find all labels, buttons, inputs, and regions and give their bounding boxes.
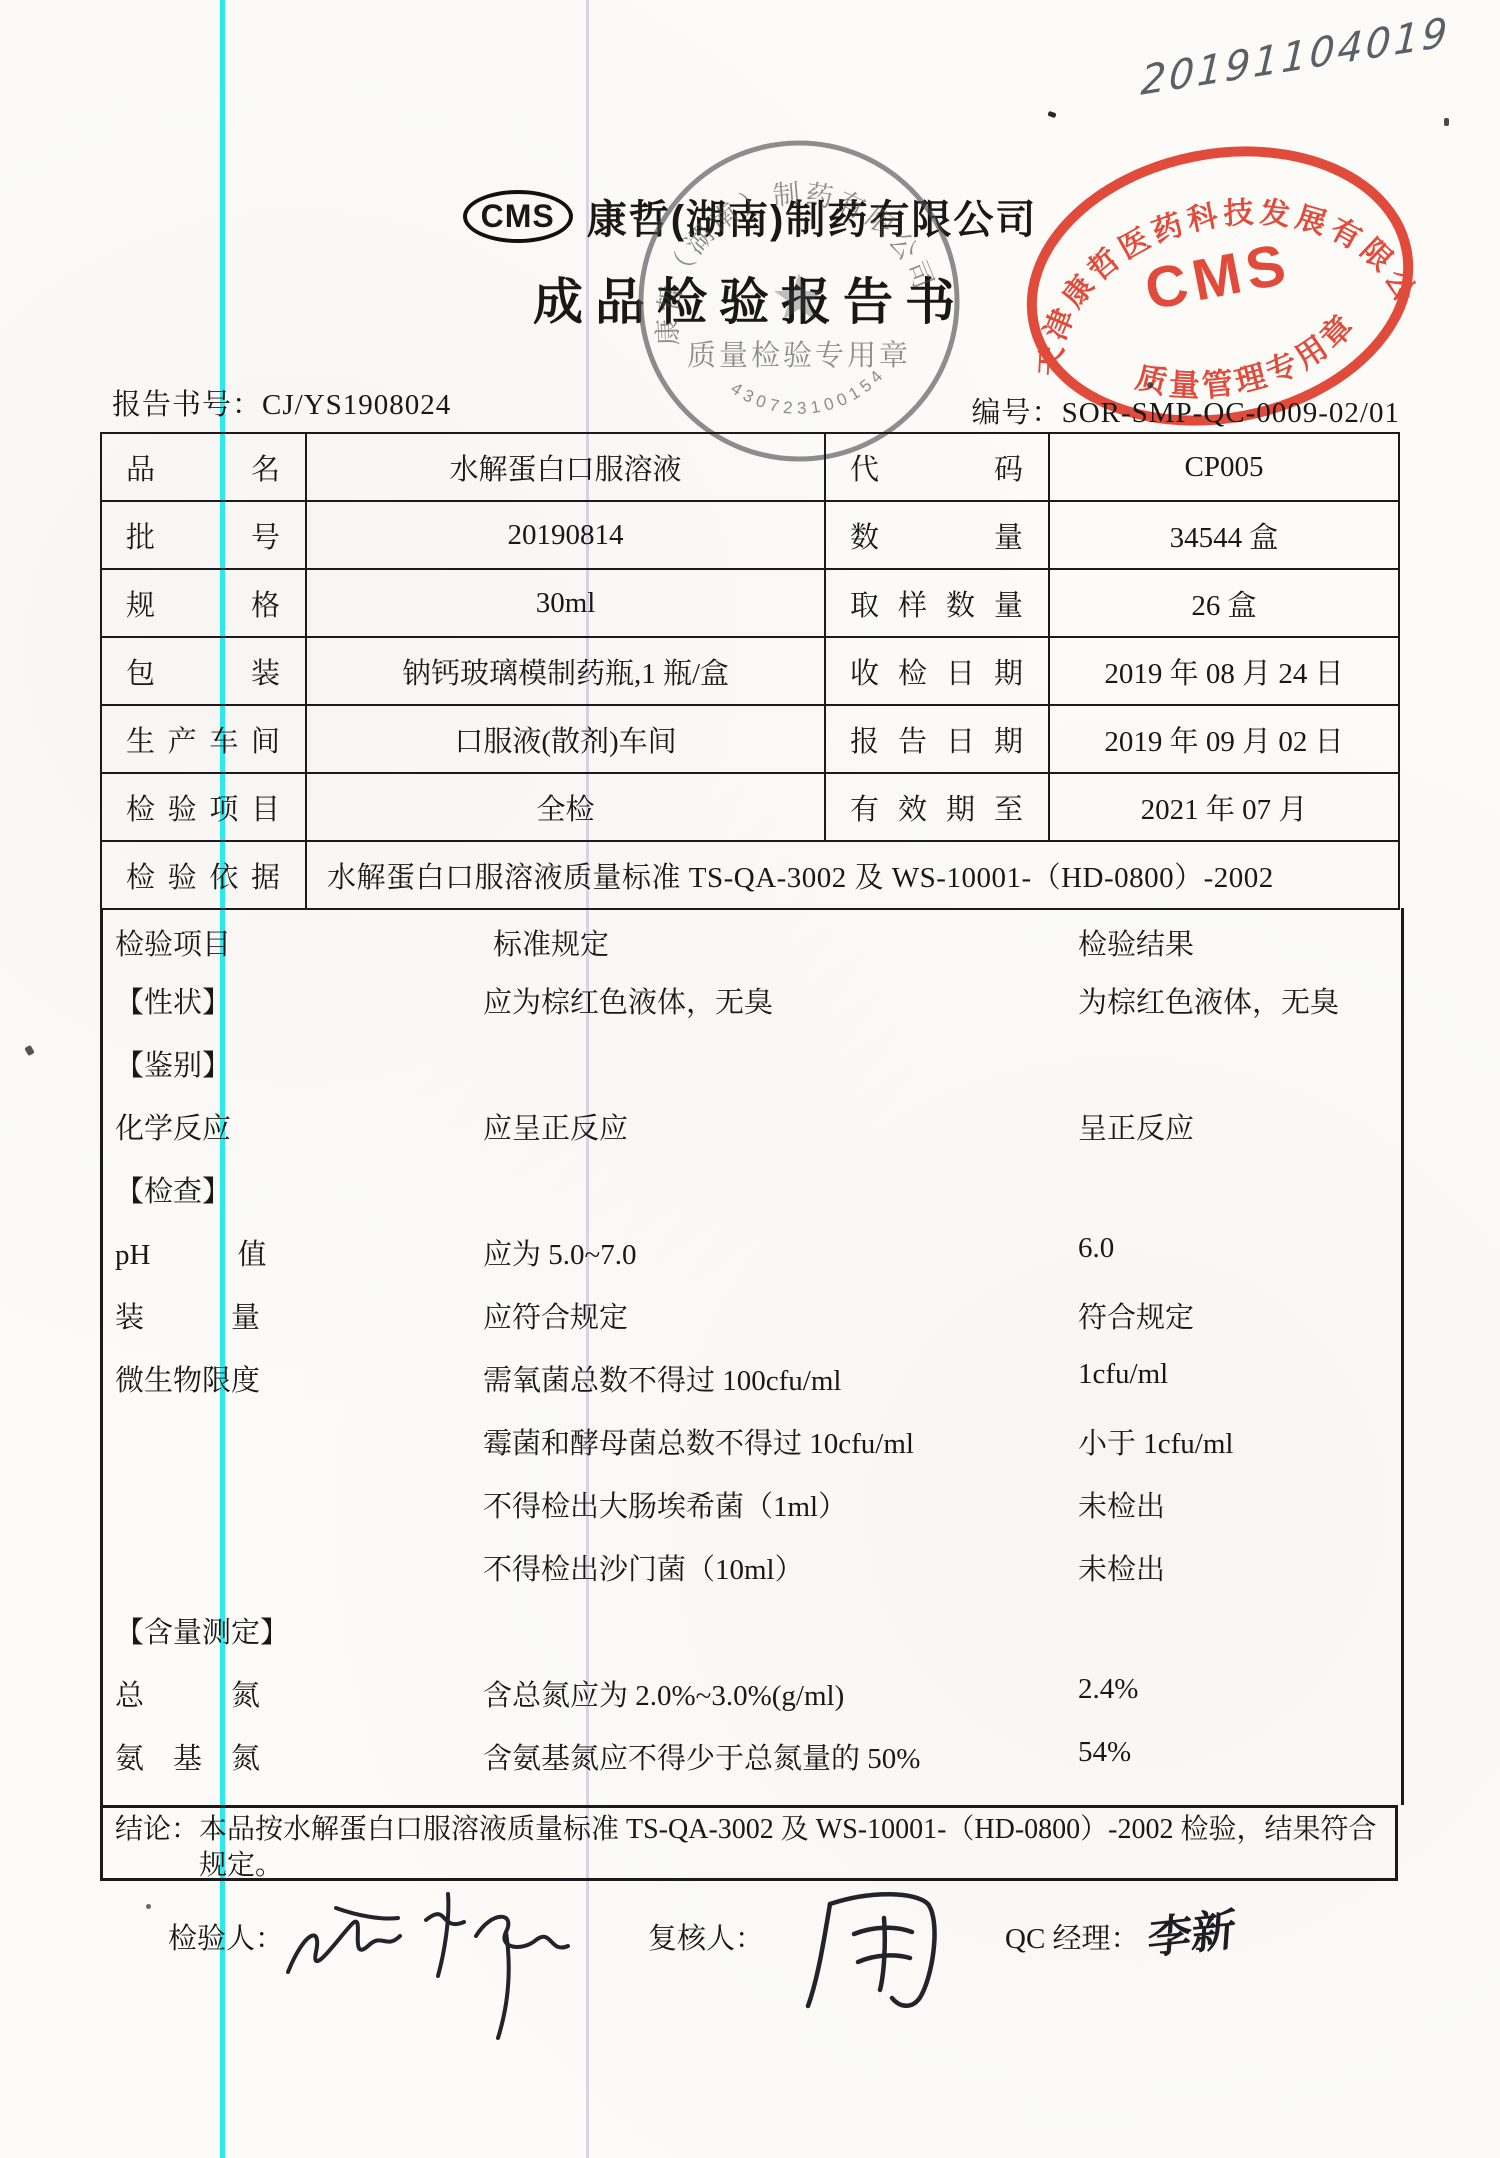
- field-value: 20190814: [306, 501, 825, 569]
- result-value: 54%: [1078, 1736, 1398, 1769]
- inspector-signature: [278, 1880, 608, 2050]
- scan-speck: [1444, 118, 1449, 126]
- result-row: 【检查】: [103, 1169, 1401, 1232]
- handwritten-document-number: 20191104019: [1140, 9, 1452, 105]
- table-row: 品 名水解蛋白口服溶液代 码CP005: [101, 433, 1399, 501]
- result-value: 未检出: [1078, 1547, 1398, 1588]
- result-row: 不得检出大肠埃希菌（1ml）未检出: [103, 1484, 1401, 1547]
- result-row: 总 氮含总氮应为 2.0%~3.0%(g/ml)2.4%: [103, 1673, 1401, 1736]
- report-number-value: CJ/YS1908024: [262, 389, 451, 421]
- document-code-value: SOR-SMP-QC-0009-02/01: [1062, 397, 1400, 429]
- results-header-item: 检验项目: [115, 922, 231, 963]
- field-value: 2019 年 09 月 02 日: [1049, 705, 1399, 773]
- field-value: 水解蛋白口服溶液质量标准 TS-QA-3002 及 WS-10001-（HD-0…: [306, 841, 1399, 909]
- result-item-label: 【性状】: [115, 980, 445, 1021]
- report-title: 成品检验报告书: [0, 262, 1500, 334]
- result-standard: 不得检出沙门菌（10ml）: [483, 1547, 1063, 1588]
- inspector-label: 检验人：: [168, 1916, 284, 1957]
- result-value: 小于 1cfu/ml: [1078, 1421, 1398, 1462]
- product-info-table: 品 名水解蛋白口服溶液代 码CP005批 号20190814数 量34544 盒…: [100, 432, 1400, 910]
- result-standard: 需氧菌总数不得过 100cfu/ml: [483, 1358, 1063, 1399]
- document-code-label: 编号：: [972, 397, 1062, 429]
- qc-manager-label: QC 经理：: [1005, 1916, 1140, 1957]
- result-standard: 应符合规定: [483, 1295, 1063, 1336]
- result-row: 装 量应符合规定符合规定: [103, 1295, 1401, 1358]
- product-info-table-body: 品 名水解蛋白口服溶液代 码CP005批 号20190814数 量34544 盒…: [101, 433, 1399, 909]
- result-value: 2.4%: [1078, 1673, 1398, 1706]
- scan-speck: [1047, 111, 1056, 118]
- conclusion-box: 结论：本品按水解蛋白口服溶液质量标准 TS-QA-3002 及 WS-10001…: [100, 1805, 1398, 1881]
- reviewer-label: 复核人：: [648, 1916, 764, 1957]
- result-item-label: 总 氮: [115, 1673, 445, 1714]
- field-label: 包 装: [101, 637, 306, 705]
- table-row: 检验项目全检有效期至2021 年 07 月: [101, 773, 1399, 841]
- result-item-label: 微生物限度: [115, 1358, 445, 1399]
- table-row: 检验依据水解蛋白口服溶液质量标准 TS-QA-3002 及 WS-10001-（…: [101, 841, 1399, 909]
- scan-speck: [146, 1904, 151, 1909]
- result-row: 化学反应应呈正反应呈正反应: [103, 1106, 1401, 1169]
- field-value: CP005: [1049, 433, 1399, 501]
- result-value: 为棕红色液体，无臭: [1078, 980, 1398, 1021]
- field-value: 2019 年 08 月 24 日: [1049, 637, 1399, 705]
- conclusion-text: 结论：本品按水解蛋白口服溶液质量标准 TS-QA-3002 及 WS-10001…: [103, 1808, 1395, 1884]
- red-stamp-arc-text: 天津康哲医药科技发展有限公司: [1000, 118, 1426, 391]
- results-header-standard: 标准规定: [493, 922, 609, 963]
- results-header-row: 检验项目 标准规定 检验结果: [103, 908, 1401, 980]
- result-row: 微生物限度需氧菌总数不得过 100cfu/ml1cfu/ml: [103, 1358, 1401, 1421]
- table-row: 包 装钠钙玻璃模制药瓶,1 瓶/盒收检日期2019 年 08 月 24 日: [101, 637, 1399, 705]
- field-label: 规 格: [101, 569, 306, 637]
- result-item-label: 化学反应: [115, 1106, 445, 1147]
- field-value: 水解蛋白口服溶液: [306, 433, 825, 501]
- result-item-label: 【含量测定】: [115, 1610, 445, 1651]
- result-row: 【性状】应为棕红色液体，无臭为棕红色液体，无臭: [103, 980, 1401, 1043]
- result-item-label: pH 值: [115, 1232, 445, 1273]
- grey-stamp-bottom-text: 质量检验专用章: [687, 339, 911, 372]
- scanned-inspection-report-page: 20191104019 CMS 康哲(湖南)制药有限公司 成品检验报告书 康哲（…: [0, 0, 1500, 2158]
- document-code-line: 编号：SOR-SMP-QC-0009-02/01: [972, 390, 1400, 431]
- result-standard: 不得检出大肠埃希菌（1ml）: [483, 1484, 1063, 1525]
- result-row: pH 值应为 5.0~7.06.0: [103, 1232, 1401, 1295]
- result-value: 符合规定: [1078, 1295, 1398, 1336]
- cms-logo: CMS: [463, 190, 573, 243]
- scan-speck: [24, 1045, 35, 1056]
- results-rows: 【性状】应为棕红色液体，无臭为棕红色液体，无臭【鉴别】化学反应应呈正反应呈正反应…: [103, 980, 1401, 1799]
- result-value: 6.0: [1078, 1232, 1398, 1265]
- field-label: 检验依据: [101, 841, 306, 909]
- result-value: 未检出: [1078, 1484, 1398, 1525]
- field-label: 品 名: [101, 433, 306, 501]
- result-standard: 含氨基氮应不得少于总氮量的 50%: [483, 1736, 1063, 1777]
- result-standard: 应呈正反应: [483, 1106, 1063, 1147]
- signature-row: 检验人： 复核人： QC 经理： 李新: [0, 1898, 1500, 2078]
- inspection-results-section: 检验项目 标准规定 检验结果 【性状】应为棕红色液体，无臭为棕红色液体，无臭【鉴…: [100, 908, 1404, 1805]
- scan-speck: [1147, 382, 1153, 388]
- result-standard: 含总氮应为 2.0%~3.0%(g/ml): [483, 1673, 1063, 1714]
- result-row: 不得检出沙门菌（10ml）未检出: [103, 1547, 1401, 1610]
- company-header: CMS 康哲(湖南)制药有限公司: [0, 188, 1500, 245]
- field-value: 26 盒: [1049, 569, 1399, 637]
- result-item-label: 【检查】: [115, 1169, 445, 1210]
- field-label: 收检日期: [825, 637, 1049, 705]
- result-item-label: 氨 基 氮: [115, 1736, 445, 1777]
- field-value: 30ml: [306, 569, 825, 637]
- field-label: 报告日期: [825, 705, 1049, 773]
- result-standard: 霉菌和酵母菌总数不得过 10cfu/ml: [483, 1421, 1063, 1462]
- reviewer-signature: [788, 1878, 978, 2028]
- result-standard: 应为 5.0~7.0: [483, 1232, 1063, 1273]
- company-name: 康哲(湖南)制药有限公司: [587, 188, 1038, 245]
- qc-manager-signature: 李新: [1146, 1893, 1238, 1967]
- result-row: 【含量测定】: [103, 1610, 1401, 1673]
- field-label: 代 码: [825, 433, 1049, 501]
- svg-text:天津康哲医药科技发展有限公司: 天津康哲医药科技发展有限公司: [1000, 118, 1426, 391]
- result-row: 霉菌和酵母菌总数不得过 10cfu/ml小于 1cfu/ml: [103, 1421, 1401, 1484]
- table-row: 规 格30ml取样数量26 盒: [101, 569, 1399, 637]
- field-value: 2021 年 07 月: [1049, 773, 1399, 841]
- field-label: 数 量: [825, 501, 1049, 569]
- field-value: 口服液(散剂)车间: [306, 705, 825, 773]
- result-value: 呈正反应: [1078, 1106, 1398, 1147]
- field-label: 有效期至: [825, 773, 1049, 841]
- result-row: 氨 基 氮含氨基氮应不得少于总氮量的 50%54%: [103, 1736, 1401, 1799]
- field-value: 全检: [306, 773, 825, 841]
- table-row: 批 号20190814数 量34544 盒: [101, 501, 1399, 569]
- report-number-label: 报告书号：: [112, 389, 262, 421]
- result-standard: 应为棕红色液体，无臭: [483, 980, 1063, 1021]
- field-value: 钠钙玻璃模制药瓶,1 瓶/盒: [306, 637, 825, 705]
- results-header-result: 检验结果: [1078, 922, 1194, 963]
- field-label: 取样数量: [825, 569, 1049, 637]
- report-number-line: 报告书号：CJ/YS1908024: [112, 382, 451, 423]
- result-item-label: 【鉴别】: [115, 1043, 445, 1084]
- field-label: 检验项目: [101, 773, 306, 841]
- result-value: 1cfu/ml: [1078, 1358, 1398, 1391]
- table-row: 生产车间口服液(散剂)车间报告日期2019 年 09 月 02 日: [101, 705, 1399, 773]
- field-value: 34544 盒: [1049, 501, 1399, 569]
- field-label: 批 号: [101, 501, 306, 569]
- field-label: 生产车间: [101, 705, 306, 773]
- result-item-label: 装 量: [115, 1295, 445, 1336]
- result-row: 【鉴别】: [103, 1043, 1401, 1106]
